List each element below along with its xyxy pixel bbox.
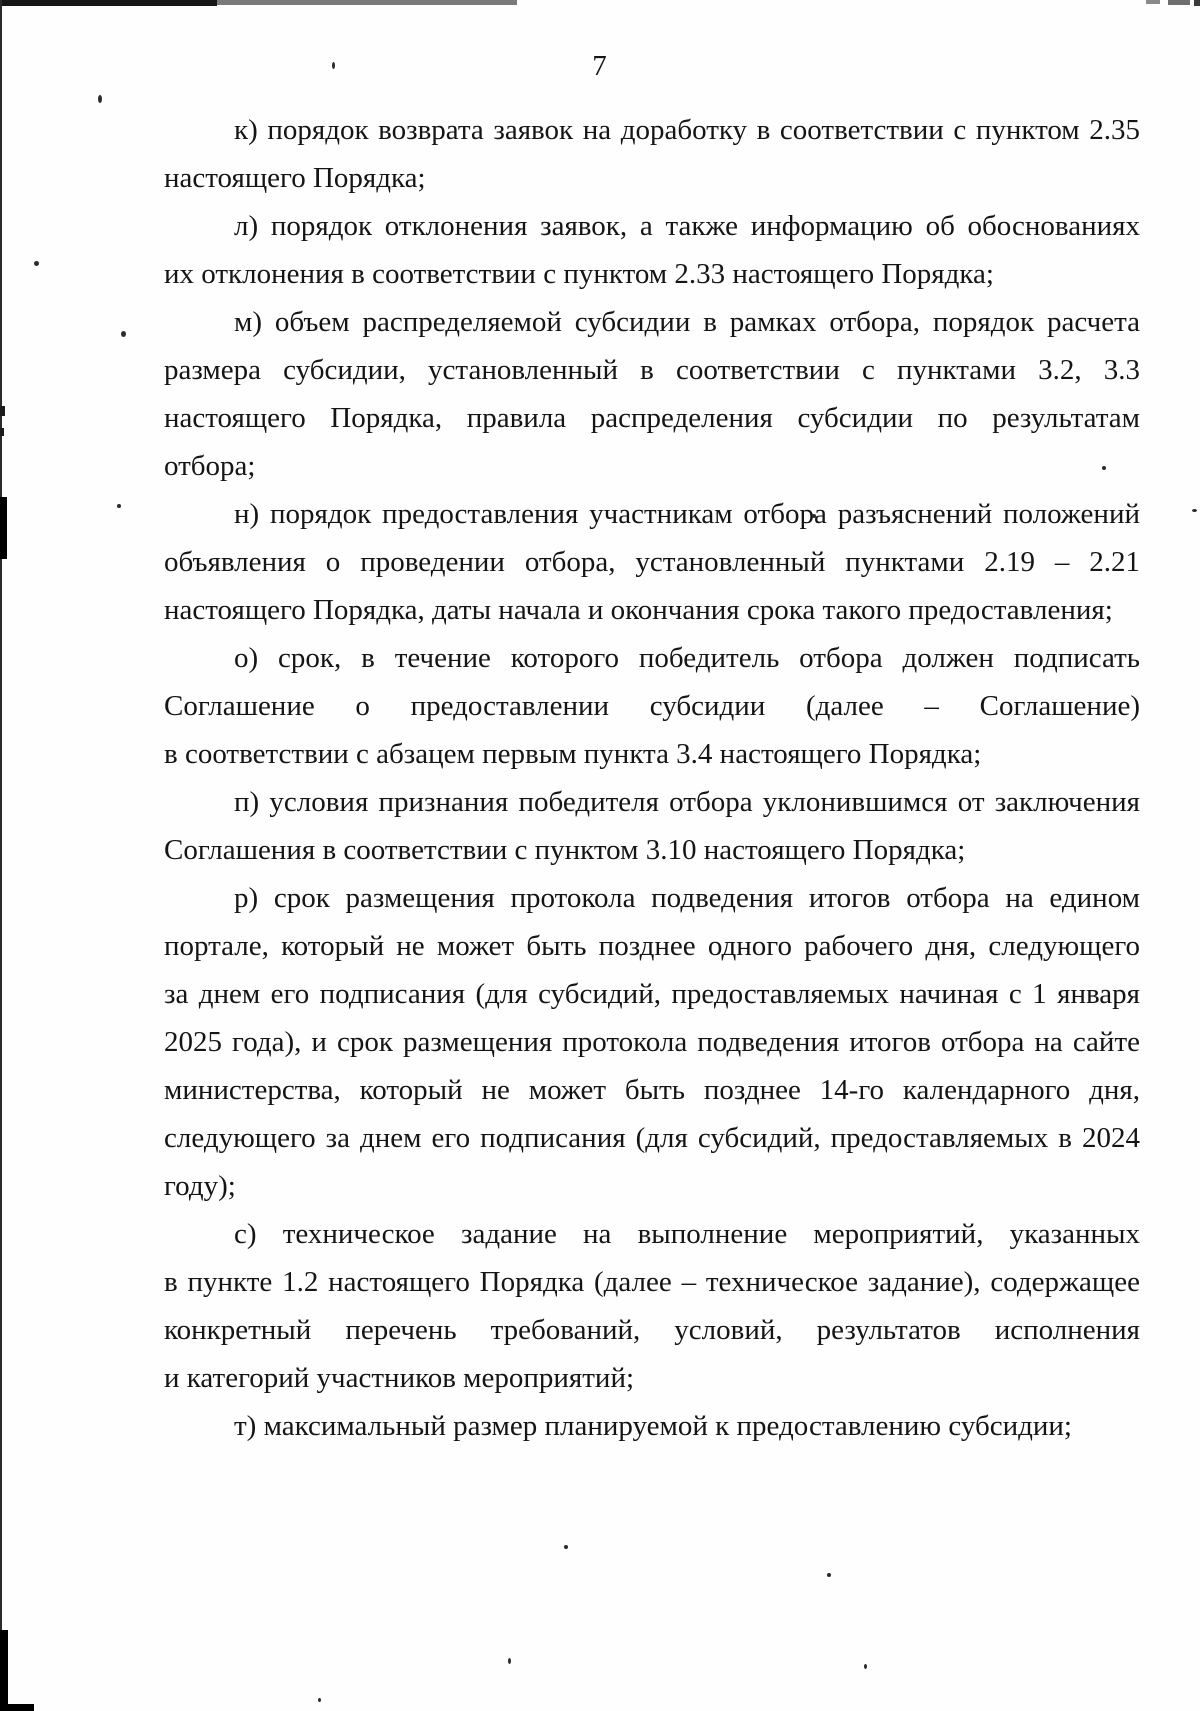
text-line: за днем его подписания (для субсидий, пр… [164, 970, 1140, 1018]
scan-speck [34, 261, 39, 266]
text-line: настоящего Порядка, правила распределени… [164, 394, 1140, 442]
text-line: Соглашение о предоставлении субсидии (да… [164, 682, 1140, 730]
scan-artifact-left-tick [0, 428, 4, 436]
scan-speck [1102, 466, 1106, 470]
text-line: о) срок, в течение которого победитель о… [164, 634, 1140, 682]
text-line: р) срок размещения протокола подведения … [164, 874, 1140, 922]
text-line: п) условия признания победителя отбора у… [164, 778, 1140, 826]
text-line: к) порядок возврата заявок на доработку … [164, 106, 1140, 154]
text-line: в соответствии с абзацем первым пункта 3… [164, 730, 1140, 778]
text-line: и категорий участников мероприятий; [164, 1354, 1140, 1402]
text-line: году); [164, 1162, 1140, 1210]
scan-artifact-top-bar-gray [217, 0, 517, 5]
text-line: следующего за днем его подписания (для с… [164, 1114, 1140, 1162]
scan-speck [121, 331, 126, 337]
scan-speck [827, 1573, 831, 1577]
text-block: к) порядок возврата заявок на доработку … [164, 106, 1140, 1450]
text-line: настоящего Порядка; [164, 154, 1140, 202]
text-line: н) порядок предоставления участникам отб… [164, 490, 1140, 538]
text-line: конкретный перечень требований, условий,… [164, 1306, 1140, 1354]
scan-speck [332, 62, 335, 69]
scan-speck [98, 95, 102, 103]
scan-speck [864, 1664, 867, 1669]
scan-artifact-left-blob [0, 497, 7, 559]
scan-artifact-top-right [1194, 0, 1200, 6]
text-line: министерства, который не может быть позд… [164, 1066, 1140, 1114]
text-line: портале, который не может быть позднее о… [164, 922, 1140, 970]
text-line: т) максимальный размер планируемой к пре… [164, 1402, 1140, 1450]
scan-artifact-left-tick [0, 406, 5, 416]
scan-artifact-top-right [1146, 0, 1160, 4]
scan-artifact-bottom-stub [0, 1704, 34, 1711]
text-line: м) объем распределяемой субсидии в рамка… [164, 298, 1140, 346]
scan-artifact-bottom-left [0, 1630, 8, 1711]
scan-speck [318, 1698, 321, 1702]
scan-speck [117, 504, 121, 508]
scan-speck [564, 1545, 568, 1549]
scan-artifact-top-bar [0, 0, 217, 6]
page-number: 7 [0, 50, 1200, 83]
text-line: настоящего Порядка, даты начала и оконча… [164, 586, 1140, 634]
text-line: размера субсидии, установленный в соотве… [164, 346, 1140, 394]
text-line: л) порядок отклонения заявок, а также ин… [164, 202, 1140, 250]
text-line: объявления о проведении отбора, установл… [164, 538, 1140, 586]
text-line: 2025 года), и срок размещения протокола … [164, 1018, 1140, 1066]
document-page: 7 к) порядок возврата заявок на доработк… [0, 0, 1200, 1711]
text-line: Соглашения в соответствии с пунктом 3.10… [164, 826, 1140, 874]
scan-speck [508, 1658, 511, 1664]
text-line: в пункте 1.2 настоящего Порядка (далее –… [164, 1258, 1140, 1306]
scan-artifact-left-border [0, 0, 2, 1711]
text-line: отбора; [164, 442, 1140, 490]
text-line: их отклонения в соответствии с пунктом 2… [164, 250, 1140, 298]
scan-speck [812, 514, 816, 518]
text-line: с) техническое задание на выполнение мер… [164, 1210, 1140, 1258]
scan-artifact-top-right [1168, 0, 1190, 5]
scan-speck [1192, 509, 1197, 512]
